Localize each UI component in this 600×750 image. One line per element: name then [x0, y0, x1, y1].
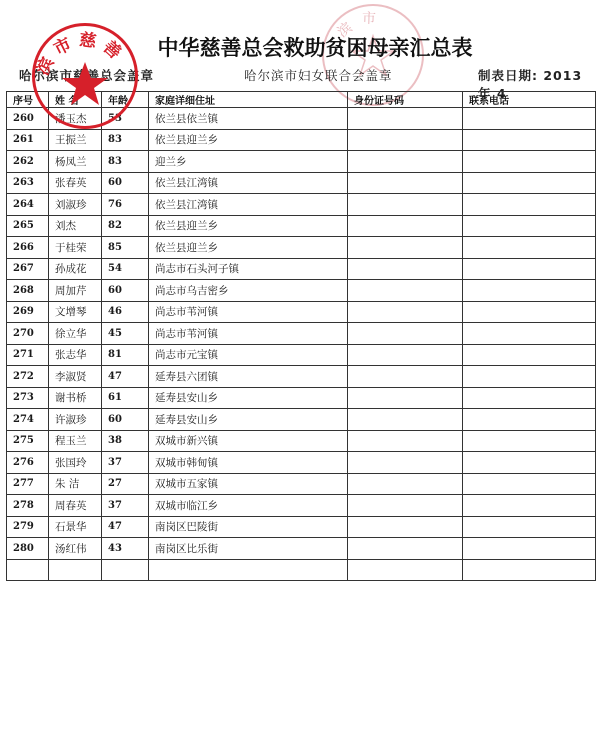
row-age: 46 [102, 301, 149, 323]
row-name: 汤红伟 [49, 538, 102, 560]
row-no: 271 [7, 344, 49, 366]
row-age: 76 [102, 194, 149, 216]
row-address: 尚志市苇河镇 [149, 323, 348, 345]
row-name: 于桂荣 [49, 237, 102, 259]
row-id-number [348, 151, 463, 173]
table-row: 278周春英37双城市临江乡 [7, 495, 596, 517]
row-address: 双城市韩甸镇 [149, 452, 348, 474]
row-age: 45 [102, 323, 149, 345]
row-id-number [348, 280, 463, 302]
row-id-number [348, 108, 463, 130]
row-no: 261 [7, 129, 49, 151]
row-age: 53 [102, 108, 149, 130]
row-age: 43 [102, 538, 149, 560]
table-row: 263张春英60依兰县江湾镇 [7, 172, 596, 194]
row-phone [463, 108, 596, 130]
row-id-number [348, 452, 463, 474]
row-phone [463, 452, 596, 474]
table-row: 276张国玲37双城市韩甸镇 [7, 452, 596, 474]
row-address: 尚志市乌吉密乡 [149, 280, 348, 302]
row-name: 潘玉杰 [49, 108, 102, 130]
row-no: 274 [7, 409, 49, 431]
row-address: 依兰县江湾镇 [149, 172, 348, 194]
row-address: 尚志市苇河镇 [149, 301, 348, 323]
row-address: 依兰县迎兰乡 [149, 129, 348, 151]
header-no: 序号 [7, 92, 49, 108]
row-phone [463, 301, 596, 323]
row-address: 尚志市元宝镇 [149, 344, 348, 366]
row-name: 周加芹 [49, 280, 102, 302]
row-age: 27 [102, 473, 149, 495]
row-age: 60 [102, 172, 149, 194]
row-name: 周春英 [49, 495, 102, 517]
row-no: 275 [7, 430, 49, 452]
row-id-number [348, 516, 463, 538]
row-id-number [348, 172, 463, 194]
row-id-number [348, 129, 463, 151]
row-no: 263 [7, 172, 49, 194]
row-address: 双城市五家镇 [149, 473, 348, 495]
row-name: 许淑珍 [49, 409, 102, 431]
row-age: 85 [102, 237, 149, 259]
row-no: 276 [7, 452, 49, 474]
row-id-number [348, 366, 463, 388]
table-row: 266于桂荣85依兰县迎兰乡 [7, 237, 596, 259]
row-age [102, 559, 149, 581]
row-phone [463, 538, 596, 560]
row-no: 265 [7, 215, 49, 237]
row-phone [463, 194, 596, 216]
table-row: 264刘淑珍76依兰县江湾镇 [7, 194, 596, 216]
header-age: 年龄 [102, 92, 149, 108]
row-no: 278 [7, 495, 49, 517]
row-no: 268 [7, 280, 49, 302]
row-id-number [348, 387, 463, 409]
header-address: 家庭详细住址 [149, 92, 348, 108]
table-row: 280汤红伟43南岗区比乐街 [7, 538, 596, 560]
row-age: 47 [102, 366, 149, 388]
charity-seal-label: 哈尔滨市慈善总会盖章 [19, 66, 154, 84]
header-name: 姓 名 [49, 92, 102, 108]
row-phone [463, 344, 596, 366]
row-address: 依兰县迎兰乡 [149, 215, 348, 237]
row-phone [463, 430, 596, 452]
row-age: 47 [102, 516, 149, 538]
row-address: 双城市临江乡 [149, 495, 348, 517]
table-row: 262杨凤兰83迎兰乡 [7, 151, 596, 173]
table-row: 265刘杰82依兰县迎兰乡 [7, 215, 596, 237]
row-phone [463, 409, 596, 431]
row-name: 石景华 [49, 516, 102, 538]
table-row: 275程玉兰38双城市新兴镇 [7, 430, 596, 452]
row-age: 37 [102, 495, 149, 517]
row-name: 王振兰 [49, 129, 102, 151]
row-phone [463, 323, 596, 345]
summary-table: 序号 姓 名 年龄 家庭详细住址 身份证号码 联系电话 260潘玉杰53依兰县依… [6, 91, 596, 581]
row-address: 依兰县依兰镇 [149, 108, 348, 130]
header-phone: 联系电话 [463, 92, 596, 108]
table-row: 260潘玉杰53依兰县依兰镇 [7, 108, 596, 130]
row-name: 张志华 [49, 344, 102, 366]
row-age: 82 [102, 215, 149, 237]
row-no [7, 559, 49, 581]
row-phone [463, 151, 596, 173]
table-row: 268周加芹60尚志市乌吉密乡 [7, 280, 596, 302]
table-row: 277朱 洁27双城市五家镇 [7, 473, 596, 495]
row-id-number [348, 409, 463, 431]
table-row: 272李淑贤47延寿县六团镇 [7, 366, 596, 388]
row-address [149, 559, 348, 581]
row-name: 张春英 [49, 172, 102, 194]
row-phone [463, 258, 596, 280]
table-row: 279石景华47南岗区巴陵街 [7, 516, 596, 538]
row-no: 264 [7, 194, 49, 216]
row-no: 280 [7, 538, 49, 560]
row-age: 61 [102, 387, 149, 409]
row-address: 延寿县六团镇 [149, 366, 348, 388]
row-no: 266 [7, 237, 49, 259]
row-age: 60 [102, 280, 149, 302]
row-age: 60 [102, 409, 149, 431]
row-address: 迎兰乡 [149, 151, 348, 173]
row-id-number [348, 430, 463, 452]
row-address: 尚志市石头河子镇 [149, 258, 348, 280]
row-id-number [348, 323, 463, 345]
row-no: 260 [7, 108, 49, 130]
row-name: 程玉兰 [49, 430, 102, 452]
row-age: 38 [102, 430, 149, 452]
row-id-number [348, 344, 463, 366]
row-id-number [348, 538, 463, 560]
table-row: 269文增琴46尚志市苇河镇 [7, 301, 596, 323]
header-id-number: 身份证号码 [348, 92, 463, 108]
row-name: 谢书桥 [49, 387, 102, 409]
row-address: 双城市新兴镇 [149, 430, 348, 452]
table-row [7, 559, 596, 581]
row-no: 270 [7, 323, 49, 345]
row-phone [463, 387, 596, 409]
row-address: 南岗区巴陵街 [149, 516, 348, 538]
table-header-row: 序号 姓 名 年龄 家庭详细住址 身份证号码 联系电话 [7, 92, 596, 108]
row-name: 李淑贤 [49, 366, 102, 388]
row-name: 文增琴 [49, 301, 102, 323]
row-id-number [348, 194, 463, 216]
row-name: 朱 洁 [49, 473, 102, 495]
row-id-number [348, 215, 463, 237]
row-phone [463, 366, 596, 388]
row-no: 277 [7, 473, 49, 495]
row-age: 54 [102, 258, 149, 280]
row-age: 81 [102, 344, 149, 366]
row-no: 267 [7, 258, 49, 280]
row-id-number [348, 495, 463, 517]
row-age: 83 [102, 151, 149, 173]
row-no: 262 [7, 151, 49, 173]
table-row: 271张志华81尚志市元宝镇 [7, 344, 596, 366]
row-phone [463, 559, 596, 581]
row-no: 269 [7, 301, 49, 323]
row-phone [463, 215, 596, 237]
row-id-number [348, 237, 463, 259]
row-phone [463, 237, 596, 259]
row-phone [463, 172, 596, 194]
row-name: 徐立华 [49, 323, 102, 345]
row-address: 依兰县迎兰乡 [149, 237, 348, 259]
row-phone [463, 495, 596, 517]
table-row: 274许淑珍60延寿县安山乡 [7, 409, 596, 431]
row-id-number [348, 258, 463, 280]
row-age: 83 [102, 129, 149, 151]
row-id-number [348, 559, 463, 581]
row-no: 273 [7, 387, 49, 409]
row-no: 272 [7, 366, 49, 388]
row-phone [463, 280, 596, 302]
row-address: 依兰县江湾镇 [149, 194, 348, 216]
row-no: 279 [7, 516, 49, 538]
womens-federation-seal-label: 哈尔滨市妇女联合会盖章 [244, 66, 393, 84]
row-id-number [348, 473, 463, 495]
row-name: 杨凤兰 [49, 151, 102, 173]
row-age: 37 [102, 452, 149, 474]
row-name: 刘淑珍 [49, 194, 102, 216]
page-title: 中华慈善总会救助贫困母亲汇总表 [0, 32, 600, 62]
row-address: 南岗区比乐街 [149, 538, 348, 560]
table-row: 267孙成花54尚志市石头河子镇 [7, 258, 596, 280]
row-phone [463, 129, 596, 151]
table-row: 261王振兰83依兰县迎兰乡 [7, 129, 596, 151]
row-name: 张国玲 [49, 452, 102, 474]
row-phone [463, 516, 596, 538]
row-name [49, 559, 102, 581]
row-address: 延寿县安山乡 [149, 409, 348, 431]
table-row: 270徐立华45尚志市苇河镇 [7, 323, 596, 345]
row-id-number [348, 301, 463, 323]
row-address: 延寿县安山乡 [149, 387, 348, 409]
row-phone [463, 473, 596, 495]
row-name: 孙成花 [49, 258, 102, 280]
table-row: 273谢书桥61延寿县安山乡 [7, 387, 596, 409]
row-name: 刘杰 [49, 215, 102, 237]
